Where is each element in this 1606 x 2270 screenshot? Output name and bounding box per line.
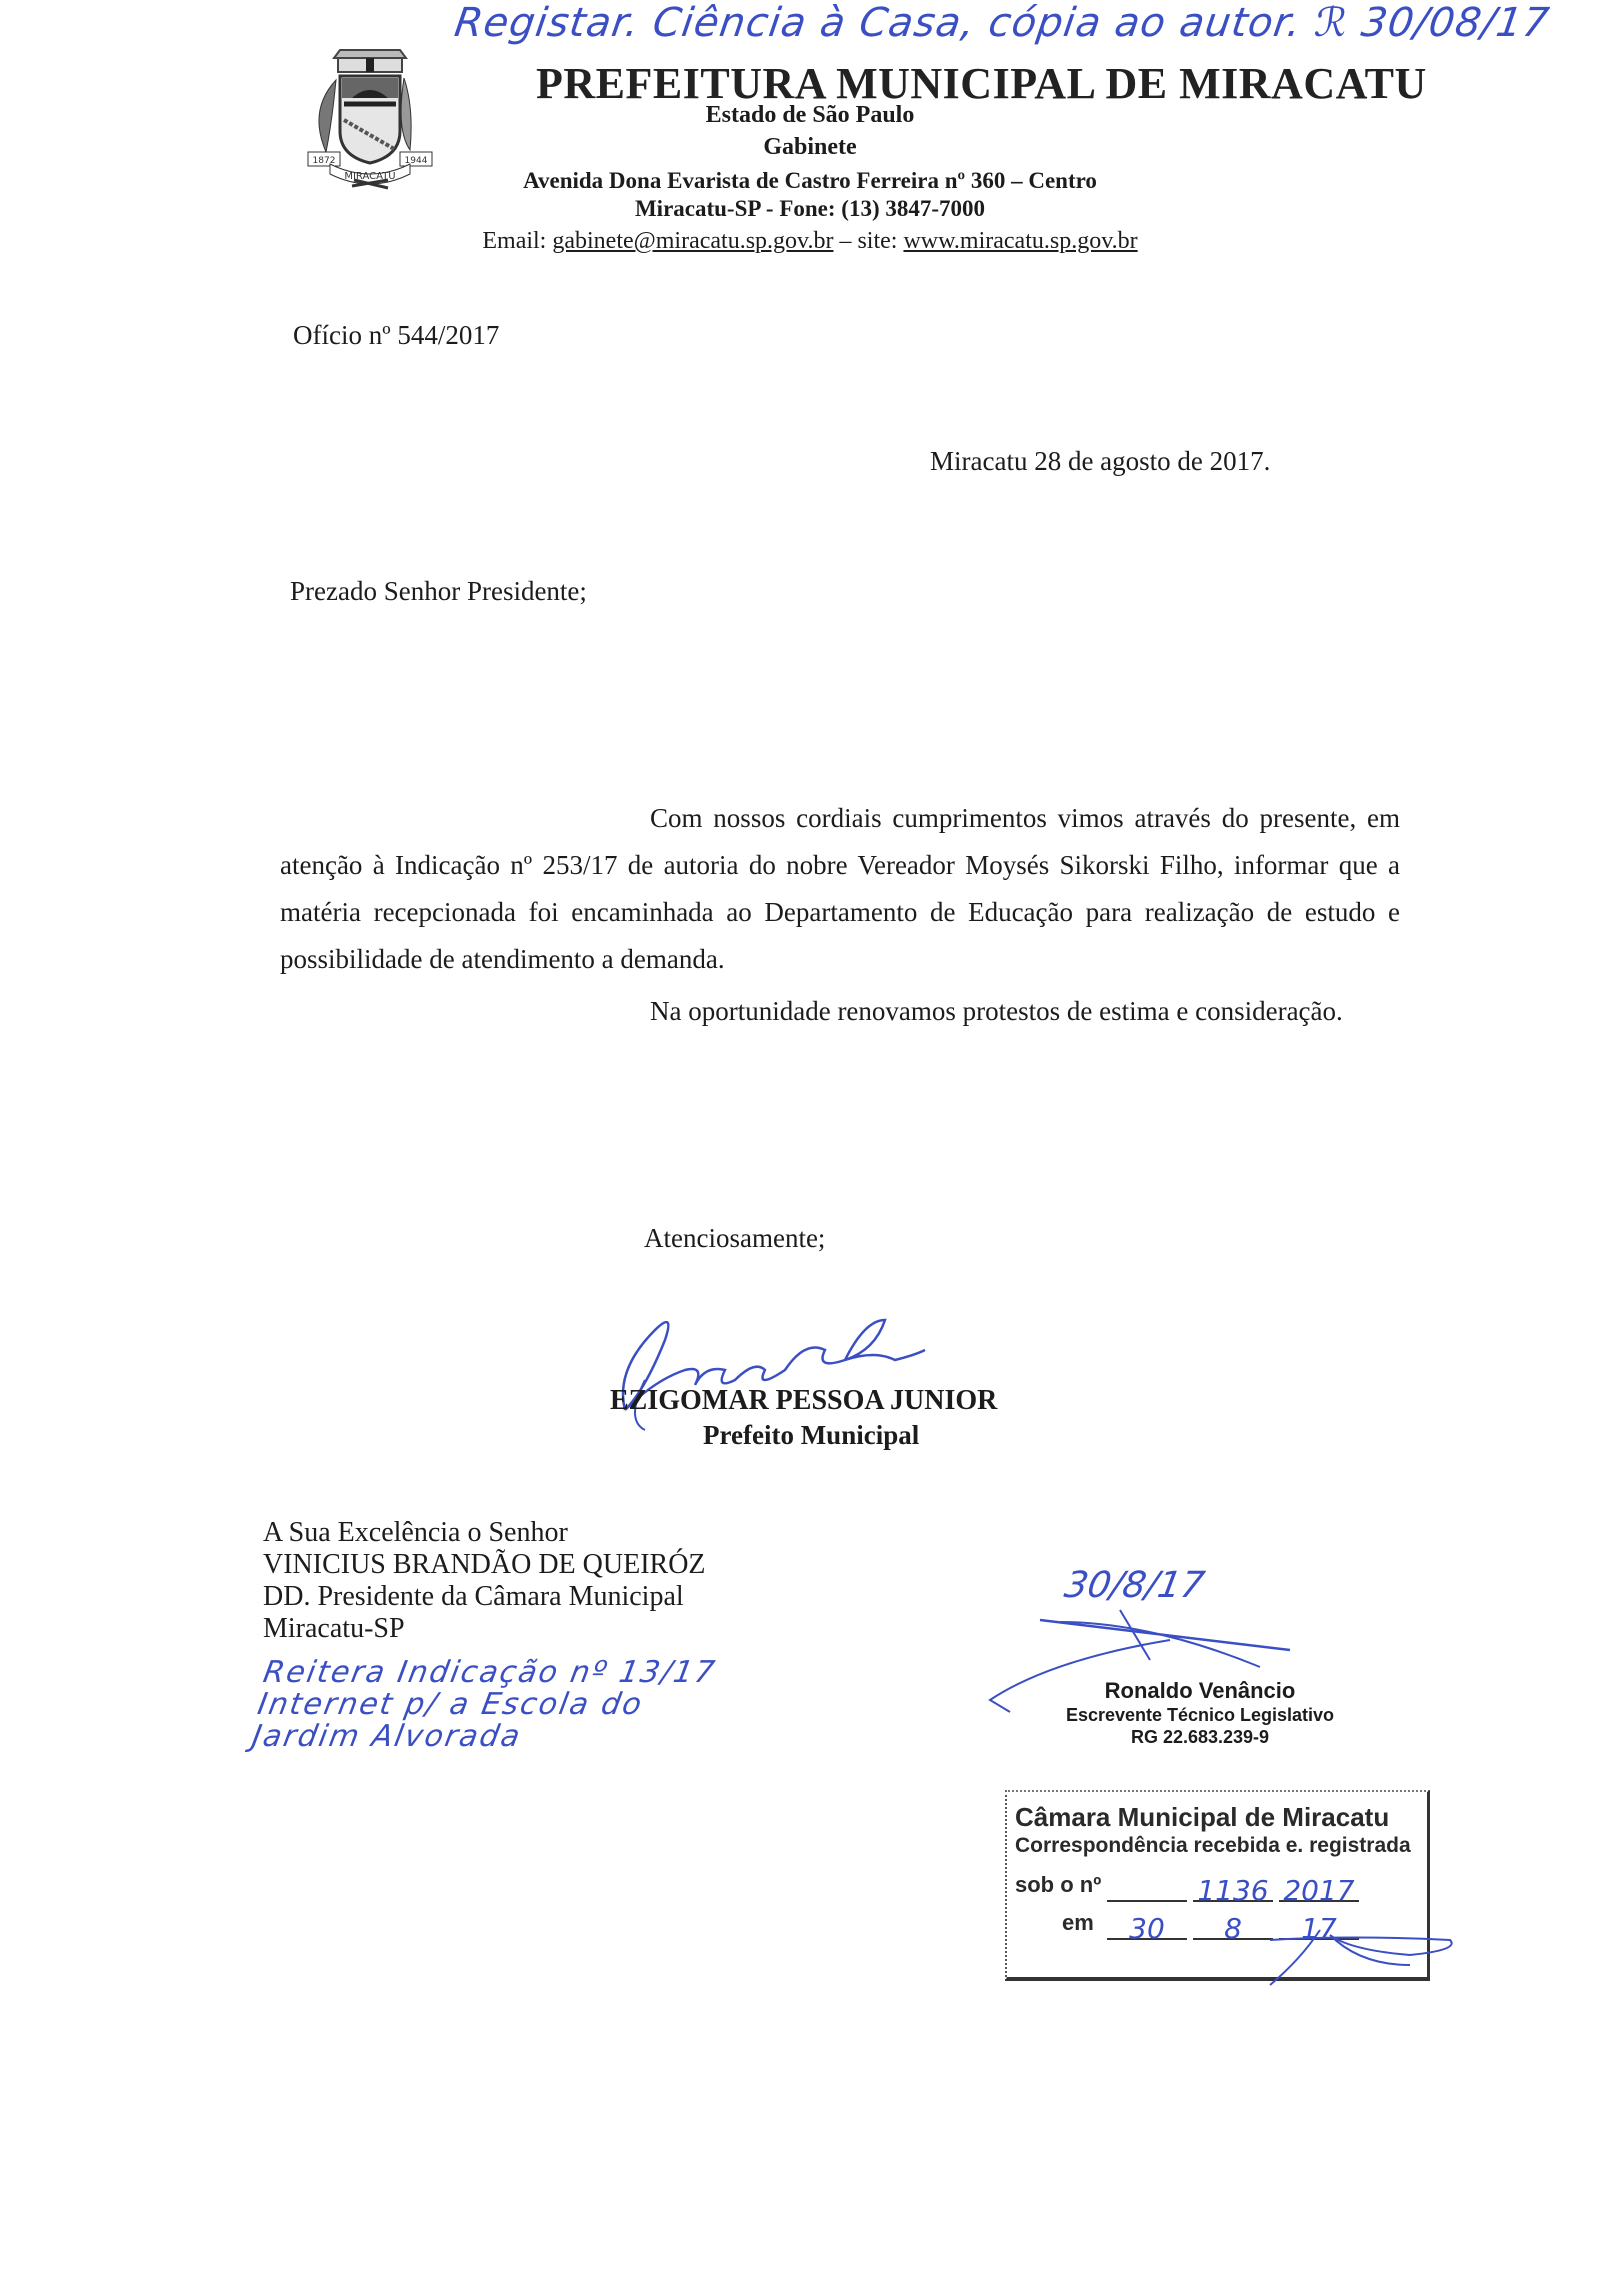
site-link[interactable]: www.miracatu.sp.gov.br [903,228,1137,254]
stamp-year: 2017 [1279,1874,1359,1902]
letter-closing: Atenciosamente; [644,1225,825,1252]
stamp-title: Câmara Municipal de Miracatu [1015,1802,1389,1833]
letterhead-contact: Email: gabinete@miracatu.sp.gov.br – sit… [120,228,1500,255]
letter-reference: Ofício nº 544/2017 [293,322,499,349]
letter-body: Com nossos cordiais cumprimentos vimos a… [280,795,1400,1035]
handwritten-note: Reitera Indicação nº 13/17 Internet p/ a… [250,1657,719,1753]
handwritten-line: Jardim Alvorada [250,1721,708,1753]
stamp-date-label: em [1062,1910,1094,1936]
stamp-number-label: sob o nº [1015,1872,1101,1898]
letter-date: Miracatu 28 de agosto de 2017. [930,448,1270,475]
handwritten-line: Internet p/ a Escola do [255,1689,713,1721]
stamp-number: 1136 [1193,1874,1273,1902]
paragraph: Na oportunidade renovamos protestos de e… [280,988,1400,1035]
addressee-line: DD. Presidente da Câmara Municipal [263,1581,706,1613]
stamp-subtitle: Correspondência recebida e. registrada [1015,1834,1411,1858]
handwritten-line: Reitera Indicação nº 13/17 [261,1657,719,1689]
clerk-stamp: Ronaldo Venâncio Escrevente Técnico Legi… [1020,1678,1380,1748]
addressee-line: A Sua Excelência o Senhor [263,1517,706,1549]
clerk-name: Ronaldo Venâncio [1020,1678,1380,1704]
site-separator: – site: [833,228,903,254]
signer-name: EZIGOMAR PESSOA JUNIOR [610,1385,997,1417]
addressee-block: A Sua Excelência o Senhor VINICIUS BRAND… [263,1517,706,1645]
clerk-rg: RG 22.683.239-9 [1020,1726,1380,1748]
letterhead-phone: Miracatu-SP - Fone: (13) 3847-7000 [120,196,1500,222]
addressee-line: Miracatu-SP [263,1613,706,1645]
stamp-initials-icon [1260,1920,1460,1990]
stamp-day: 30 [1107,1912,1187,1940]
signer-role: Prefeito Municipal [703,1420,919,1451]
letterhead-address: Avenida Dona Evarista de Castro Ferreira… [120,168,1500,194]
letterhead-department: Gabinete [120,134,1500,161]
stamp-blank [1107,1874,1187,1902]
handwritten-annotation-top: Registar. Ciência à Casa, cópia ao autor… [452,0,1553,46]
email-link[interactable]: gabinete@miracatu.sp.gov.br [552,228,833,254]
clerk-role: Escrevente Técnico Legislativo [1020,1704,1380,1726]
signature-icon [605,1300,1005,1440]
email-label: Email: [482,228,552,254]
paragraph: Com nossos cordiais cumprimentos vimos a… [280,795,1400,983]
addressee-line: VINICIUS BRANDÃO DE QUEIRÓZ [263,1549,706,1581]
letterhead-state: Estado de São Paulo [120,102,1500,129]
letter-greeting: Prezado Senhor Presidente; [290,578,587,605]
